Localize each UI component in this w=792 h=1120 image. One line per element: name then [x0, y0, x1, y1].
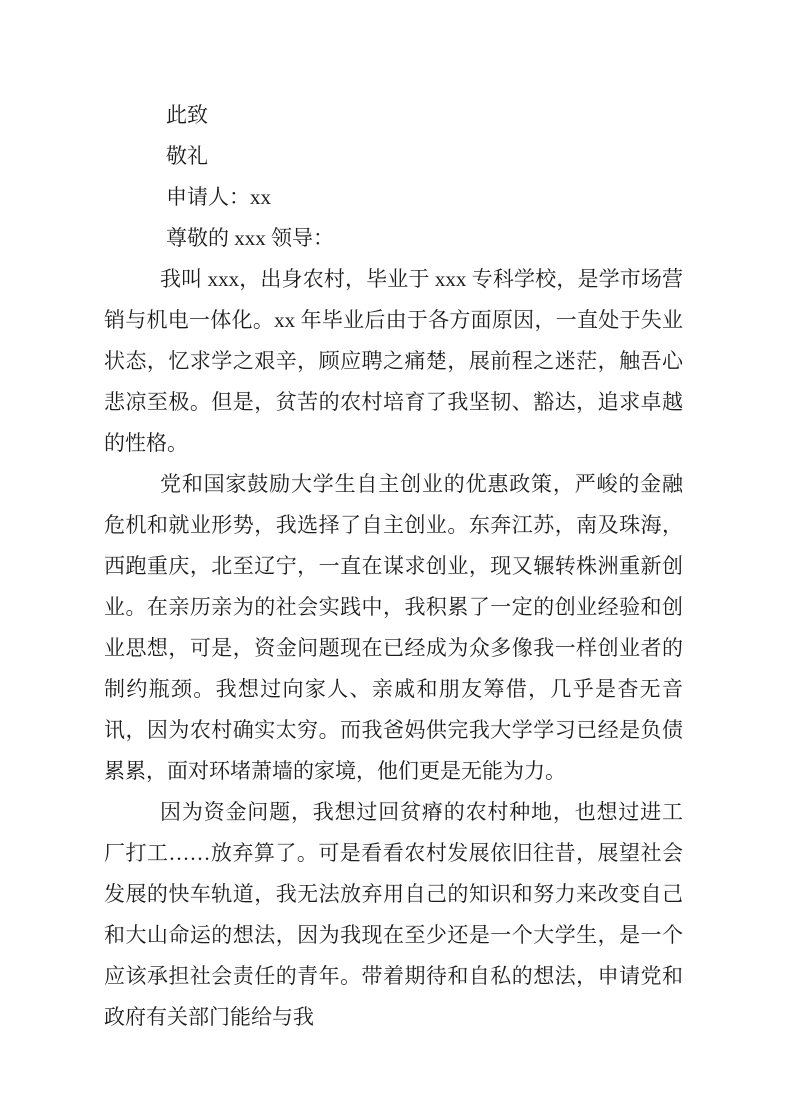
salutation-line: 尊敬的 xxx 领导： [104, 218, 683, 259]
body-paragraph-1: 我叫 xxx，出身农村，毕业于 xxx 专科学校，是学市场营销与机电一体化。xx… [104, 259, 683, 464]
body-paragraph-2: 党和国家鼓励大学生自主创业的优惠政策，严峻的金融危机和就业形势，我选择了自主创业… [104, 464, 683, 792]
applicant-line: 申请人：xx [104, 177, 683, 218]
body-paragraph-3: 因为资金问题，我想过回贫瘠的农村种地，也想过进工厂打工……放弃算了。可是看看农村… [104, 792, 683, 1038]
salute-line: 敬礼 [104, 136, 683, 177]
closing-line: 此致 [104, 95, 683, 136]
document-page: 此致 敬礼 申请人：xx 尊敬的 xxx 领导： 我叫 xxx，出身农村，毕业于… [0, 0, 792, 1120]
